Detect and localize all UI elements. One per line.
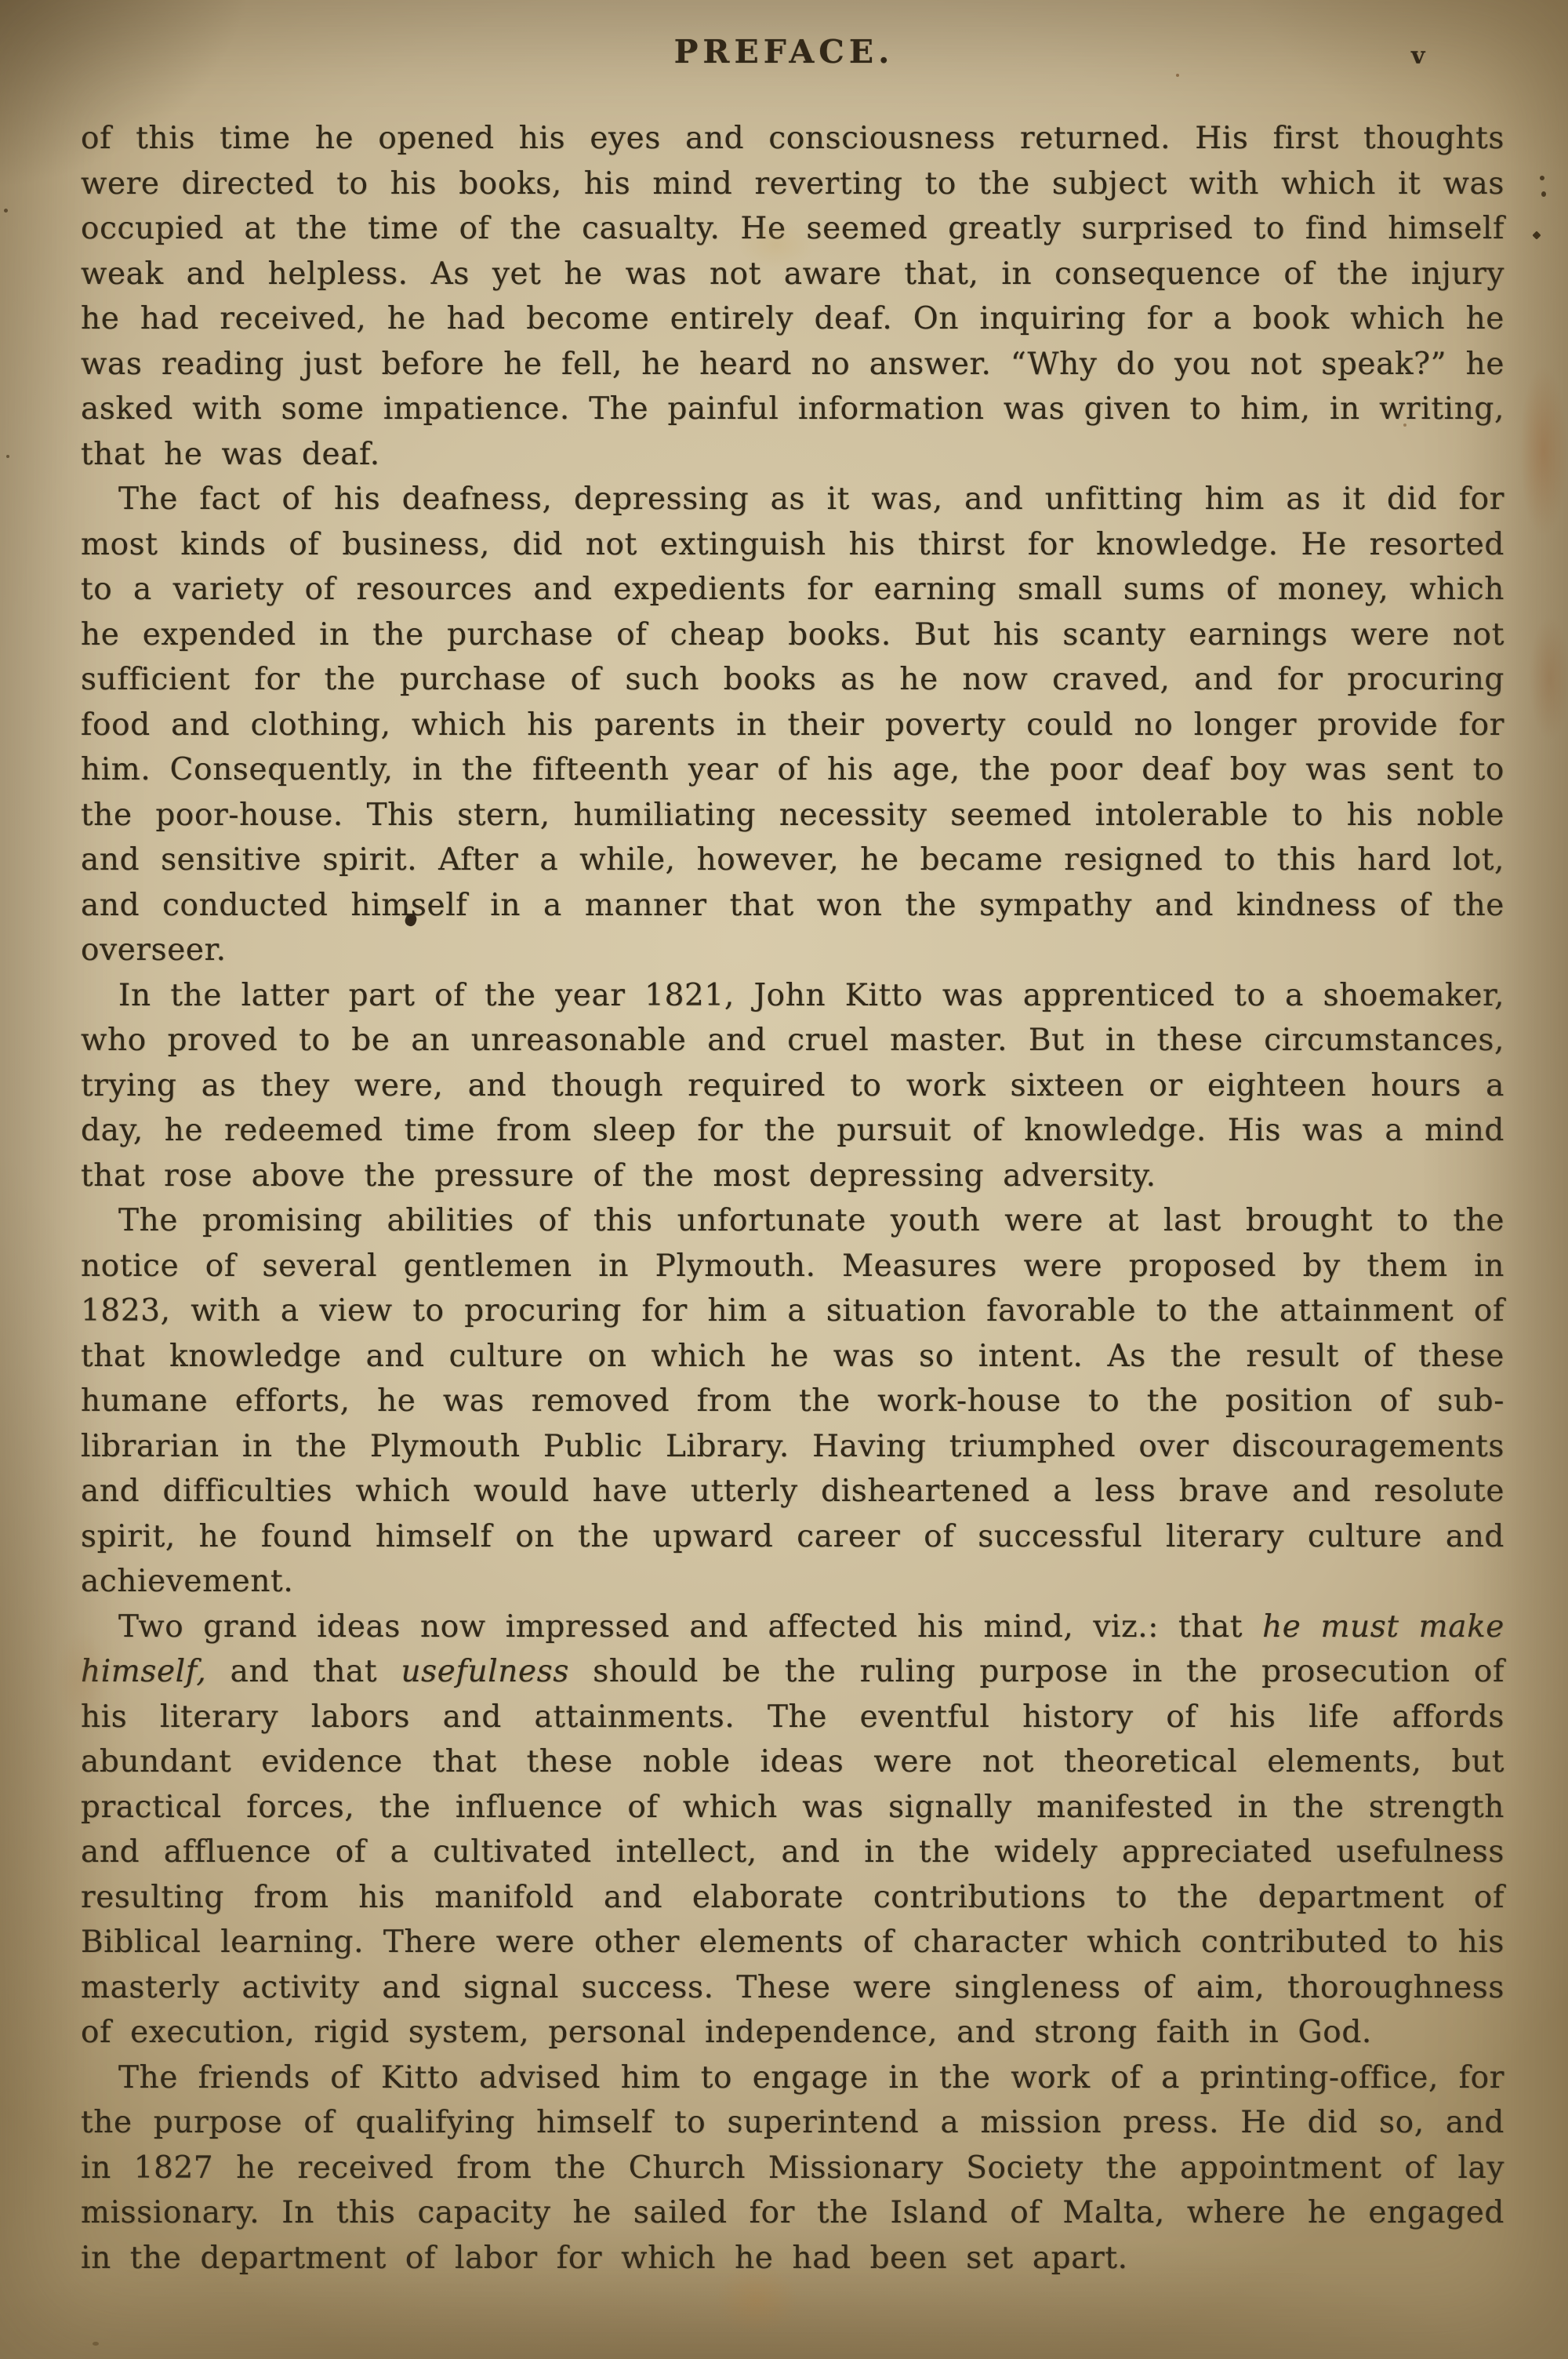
paper-smudge (93, 2342, 99, 2346)
paragraph-segment: should be the ruling purpose in the pros… (81, 1654, 1504, 2050)
paragraph-segment: Two grand ideas now impressed and affect… (118, 1609, 1262, 1645)
ink-speck (1540, 176, 1544, 180)
paragraph-segment: and that (206, 1654, 401, 1689)
page-header: PREFACE. v (0, 33, 1568, 80)
page-number: v (1411, 42, 1425, 70)
preface-body-text: of this time he opened his eyes and cons… (81, 116, 1504, 2281)
paragraph-plymouth-library: The promising abilities of this unfortun… (81, 1198, 1504, 1605)
rust-stain (1523, 596, 1568, 761)
ink-speck (6, 455, 9, 458)
ink-speck (1541, 191, 1546, 197)
paragraph-apprenticeship: In the latter part of the year 1821, Joh… (81, 973, 1504, 1199)
paragraph-segment-italic: usefulness (401, 1654, 568, 1689)
page-title: PREFACE. (0, 33, 1568, 71)
paragraph-printing-office: The friends of Kitto advised him to enga… (81, 2055, 1504, 2281)
paragraph-deafness: The fact of his deafness, depressing as … (81, 477, 1504, 973)
ink-speck (1532, 231, 1541, 239)
paragraph-two-grand-ideas: Two grand ideas now impressed and affect… (81, 1605, 1504, 2055)
paragraph-continuation: of this time he opened his eyes and cons… (81, 116, 1504, 477)
scanned-book-page: PREFACE. v of this time he opened his ey… (0, 0, 1568, 2359)
ink-speck (4, 209, 8, 213)
rust-stain (1512, 337, 1568, 565)
